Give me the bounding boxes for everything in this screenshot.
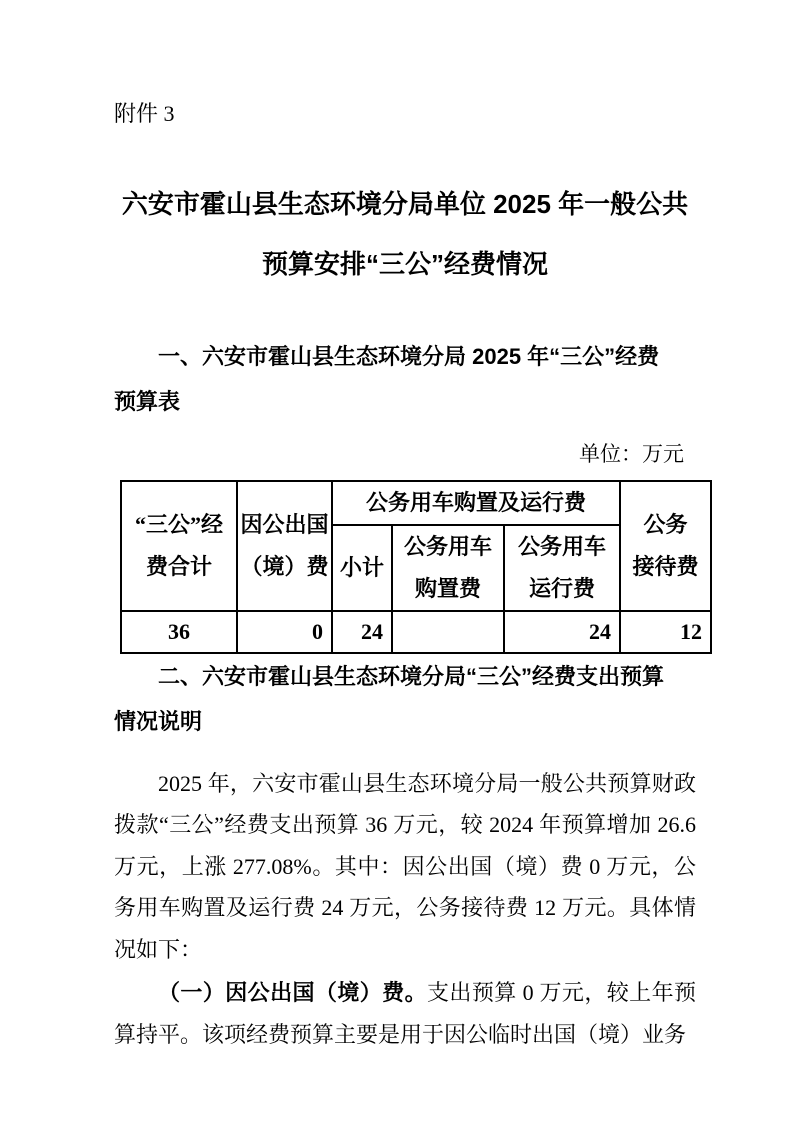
header-total-expense: “三公”经 费合计 (121, 481, 237, 611)
header-vehicle-purchase: 公务用车 购置费 (392, 525, 504, 611)
paragraph-item-one: （一）因公出国（境）费。支出预算 0 万元，较上年预算持平。该项经费预算主要是用… (114, 972, 696, 1055)
section-two-heading: 二、六安市霍山县生态环境分局“三公”经费支出预算 情况说明 (114, 654, 696, 744)
header-vehicle-operation: 公务用车 运行费 (504, 525, 620, 611)
document-title-line-1: 六安市霍山县生态环境分局单位 2025 年一般公共 (114, 174, 696, 234)
value-reception-expense: 12 (620, 611, 711, 653)
attachment-label: 附件 3 (114, 102, 696, 126)
header-vehicle-subtotal: 小计 (332, 525, 392, 611)
header-reception-expense: 公务 接待费 (620, 481, 711, 611)
document-title: 六安市霍山县生态环境分局单位 2025 年一般公共 预算安排“三公”经费情况 (114, 174, 696, 294)
item-one-lead: （一）因公出国（境）费。 (158, 980, 427, 1005)
value-vehicle-subtotal: 24 (332, 611, 392, 653)
section-one-heading-line-1: 一、六安市霍山县生态环境分局 2025 年“三公”经费 (114, 334, 696, 379)
section-two-heading-line-2: 情况说明 (114, 699, 696, 744)
section-two-heading-line-1: 二、六安市霍山县生态环境分局“三公”经费支出预算 (114, 654, 696, 699)
section-one-heading: 一、六安市霍山县生态环境分局 2025 年“三公”经费 预算表 (114, 334, 696, 424)
section-one-heading-line-2: 预算表 (114, 379, 696, 424)
value-abroad-expense: 0 (237, 611, 332, 653)
value-total-expense: 36 (121, 611, 237, 653)
three-public-funds-budget-table: “三公”经 费合计 因公出国 （境）费 公务用车购置及运行费 公务 接待费 小计… (120, 480, 712, 654)
value-vehicle-purchase (392, 611, 504, 653)
table-row: 36 0 24 24 12 (121, 611, 711, 653)
header-vehicle-group: 公务用车购置及运行费 (332, 481, 620, 525)
value-vehicle-operation: 24 (504, 611, 620, 653)
paragraph-overview: 2025 年，六安市霍山县生态环境分局一般公共预算财政拨款“三公”经费支出预算 … (114, 763, 696, 971)
document-page: 附件 3 六安市霍山县生态环境分局单位 2025 年一般公共 预算安排“三公”经… (0, 0, 793, 1122)
header-abroad-expense: 因公出国 （境）费 (237, 481, 332, 611)
unit-label: 单位：万元 (114, 442, 696, 466)
document-title-line-2: 预算安排“三公”经费情况 (114, 234, 696, 294)
